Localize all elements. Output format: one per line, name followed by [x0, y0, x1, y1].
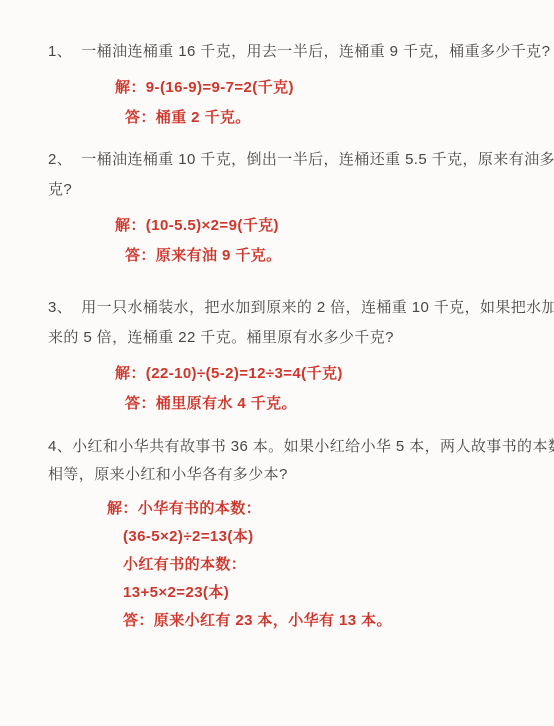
question-line: 3、 用一只水桶装水，把水加到原来的 2 倍，连桶重 10 千克，如果把水加到原	[48, 293, 534, 323]
problem-4: 4、小红和小华共有故事书 36 本。如果小红给小华 5 本，两人故事书的本数就 …	[48, 433, 534, 635]
solution-line: 解：小华有书的本数：	[107, 495, 534, 523]
problem-2: 2、 一桶油连桶重 10 千克，倒出一半后，连桶还重 5.5 千克，原来有油多少…	[48, 145, 534, 271]
worksheet-page: 1、 一桶油连桶重 16 千克，用去一半后，连桶重 9 千克，桶重多少千克? 解…	[0, 0, 554, 726]
solution-equation-line: 13+5×2=23(本)	[123, 579, 534, 607]
answer-line: 答：原来有油 9 千克。	[125, 241, 534, 271]
answer-line: 答：桶里原有水 4 千克。	[125, 389, 534, 419]
solution-equation-line: (36-5×2)÷2=13(本)	[123, 523, 534, 551]
solution-line: 解：9-(16-9)=9-7=2(千克)	[115, 73, 534, 103]
answer-line: 答：桶重 2 千克。	[125, 103, 534, 133]
answer-line: 答：原来小红有 23 本，小华有 13 本。	[123, 607, 534, 635]
question-line: 4、小红和小华共有故事书 36 本。如果小红给小华 5 本，两人故事书的本数就	[48, 433, 534, 461]
question-line: 来的 5 倍，连桶重 22 千克。桶里原有水多少千克?	[48, 323, 534, 353]
solution-line: 小红有书的本数：	[123, 551, 534, 579]
solution-line: 解：(10-5.5)×2=9(千克)	[115, 211, 534, 241]
problem-1: 1、 一桶油连桶重 16 千克，用去一半后，连桶重 9 千克，桶重多少千克? 解…	[48, 37, 534, 133]
question-line: 1、 一桶油连桶重 16 千克，用去一半后，连桶重 9 千克，桶重多少千克?	[48, 37, 534, 67]
question-line: 克?	[48, 175, 534, 205]
question-line: 2、 一桶油连桶重 10 千克，倒出一半后，连桶还重 5.5 千克，原来有油多少…	[48, 145, 534, 175]
question-line: 相等，原来小红和小华各有多少本?	[48, 461, 534, 489]
problem-3: 3、 用一只水桶装水，把水加到原来的 2 倍，连桶重 10 千克，如果把水加到原…	[48, 293, 534, 419]
solution-line: 解：(22-10)÷(5-2)=12÷3=4(千克)	[115, 359, 534, 389]
